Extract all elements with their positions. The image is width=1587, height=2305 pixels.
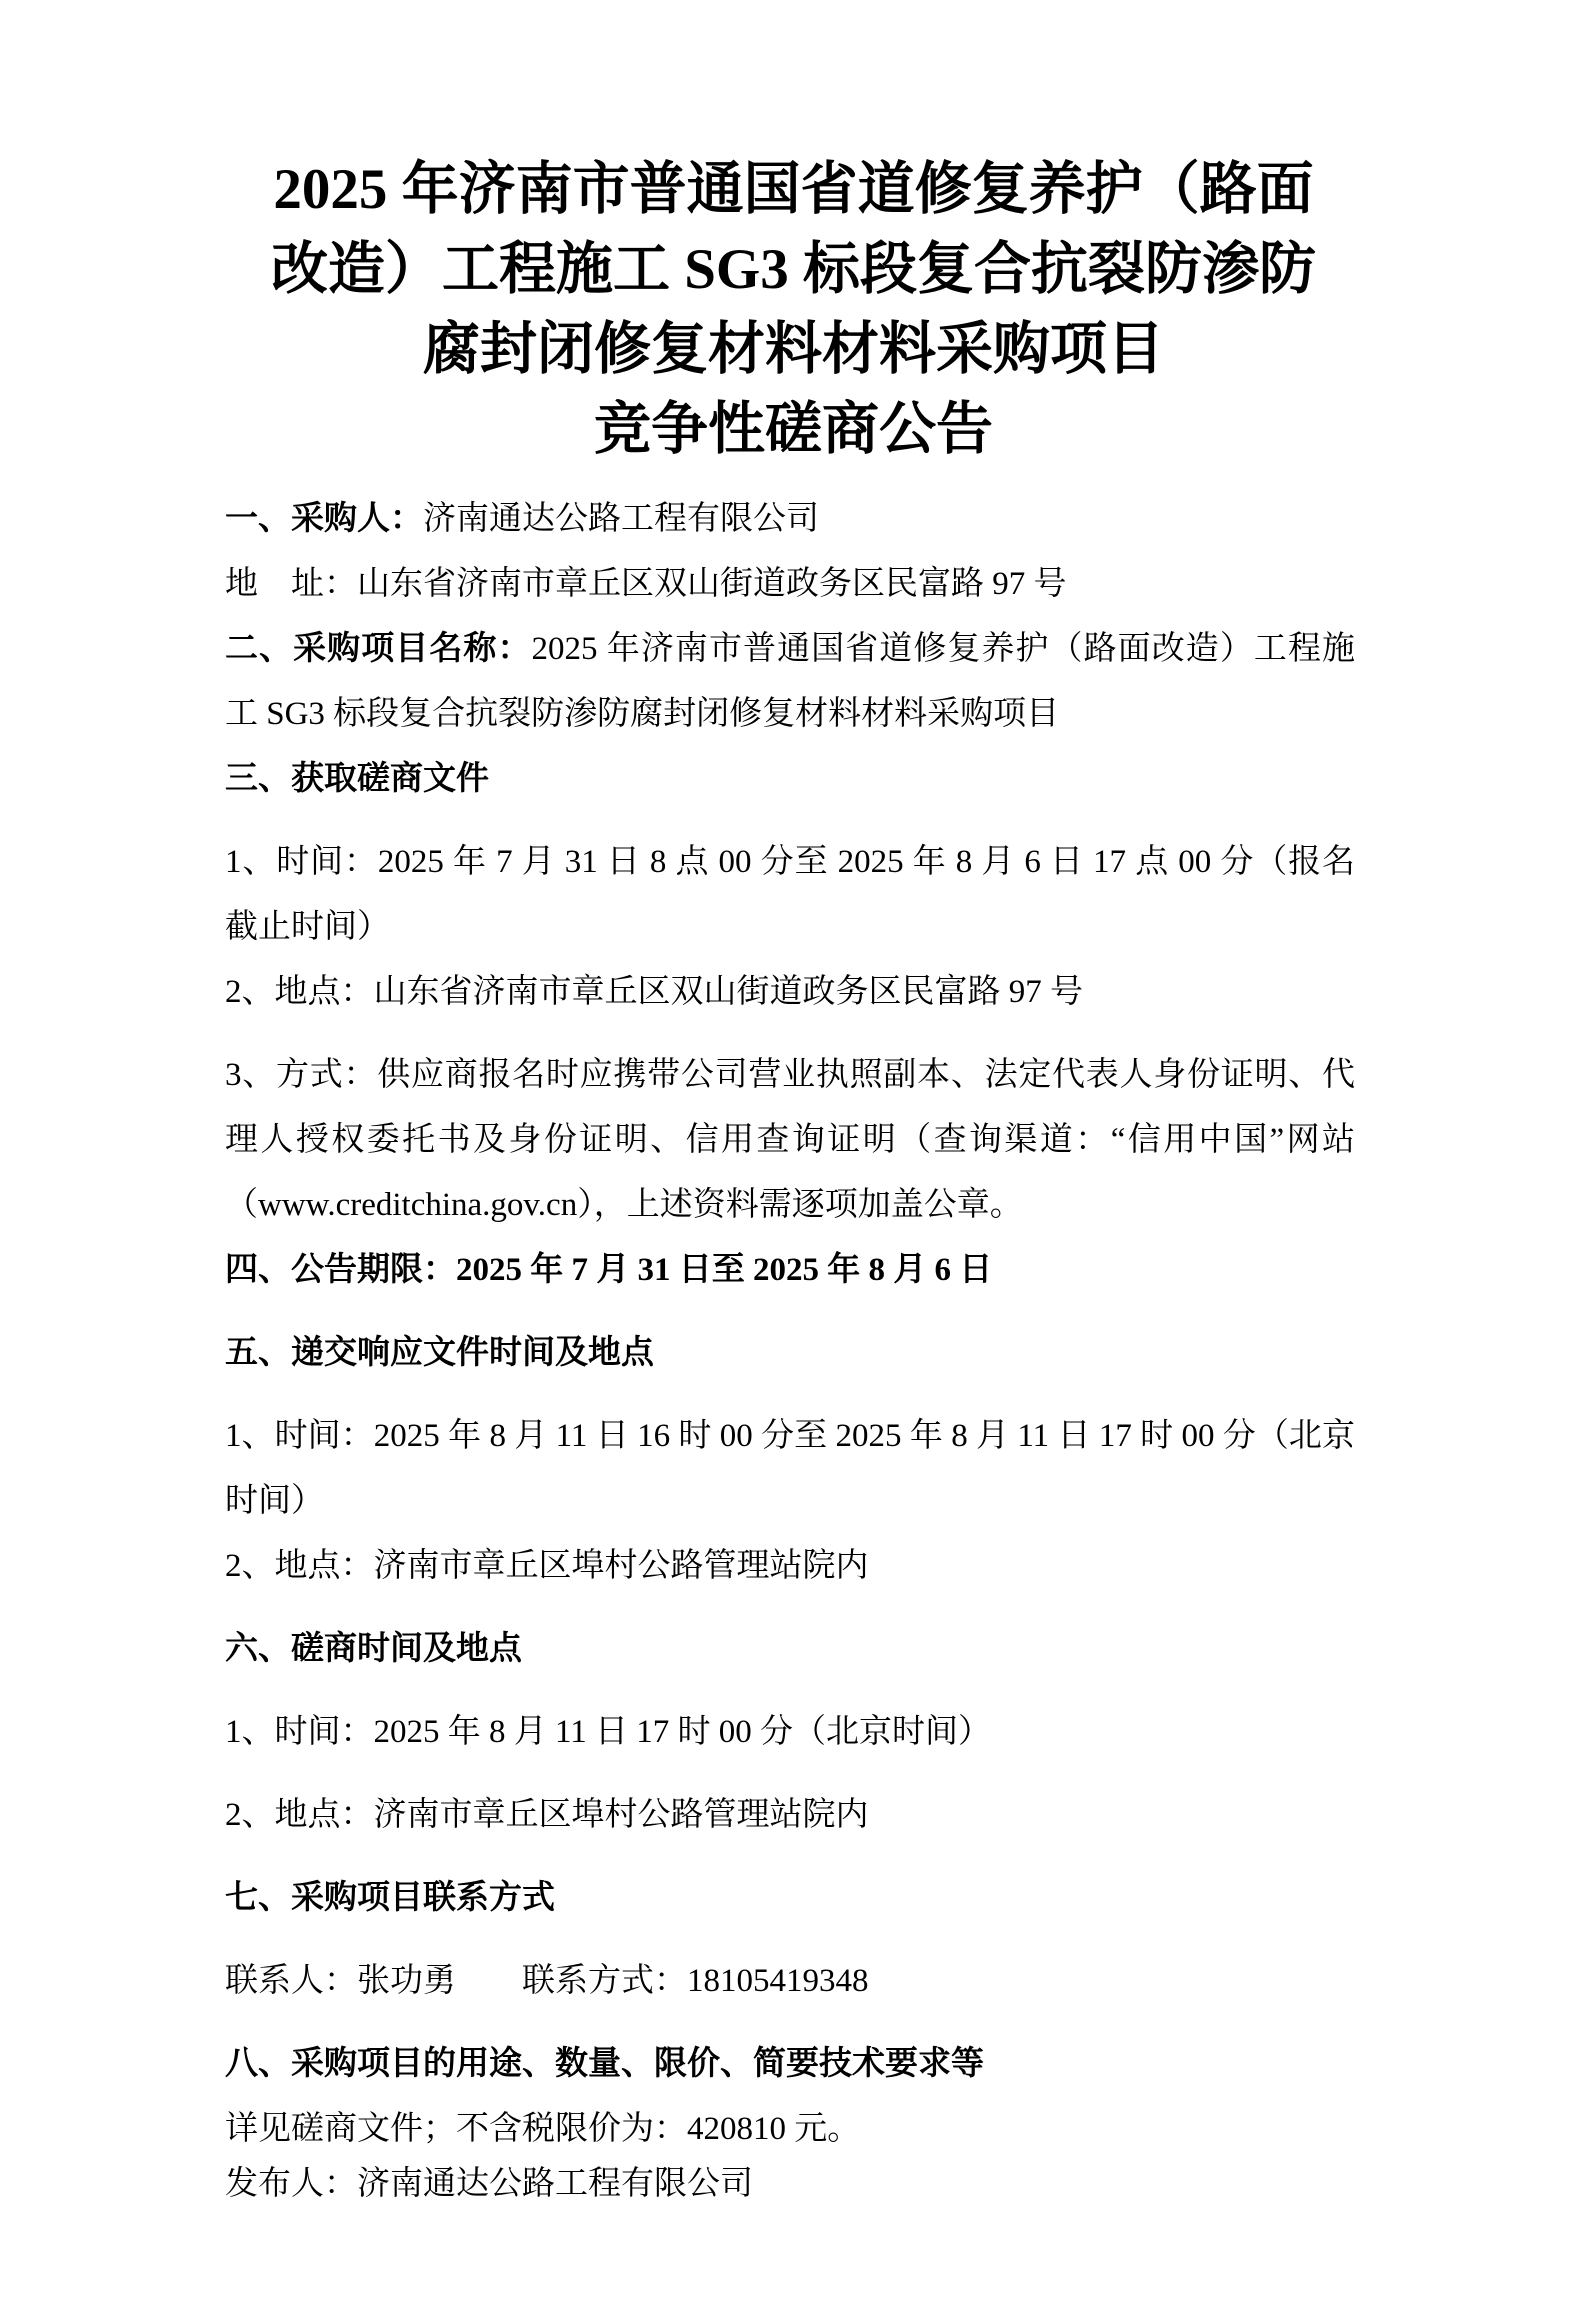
heading-requirements: 八、采购项目的用途、数量、限价、简要技术要求等 [225,2032,1355,2097]
para-purchaser-label: 一、采购人： [225,501,423,537]
heading-obtain-documents-text: 三、获取磋商文件 [225,761,489,797]
heading-contact: 七、采购项目联系方式 [225,1866,1355,1931]
document-title: 2025 年济南市普通国省道修复养护（路面 改造）工程施工 SG3 标段复合抗裂… [200,0,1387,470]
para-submission-time-text: 1、时间：2025 年 8 月 11 日 16 时 00 分至 2025 年 8… [225,1418,1355,1519]
document-title-line-2: 改造）工程施工 SG3 标段复合抗裂防渗防 [200,230,1387,310]
heading-response-submission-text: 五、递交响应文件时间及地点 [225,1335,654,1371]
heading-negotiation-time-location-text: 六、磋商时间及地点 [225,1631,522,1667]
para-negotiation-location: 2、地点：济南市章丘区埠村公路管理站院内 [225,1783,1355,1848]
para-obtain-time: 1、时间：2025 年 7 月 31 日 8 点 00 分至 2025 年 8 … [225,830,1355,960]
para-purchaser: 一、采购人：济南通达公路工程有限公司 [225,487,1355,552]
para-obtain-location-text: 2、地点：山东省济南市章丘区双山街道政务区民富路 97 号 [225,974,1083,1010]
para-negotiation-time-text: 1、时间：2025 年 8 月 11 日 17 时 00 分（北京时间） [225,1714,991,1750]
para-obtain-method-text: 3、方式：供应商报名时应携带公司营业执照副本、法定代表人身份证明、代理人授权委托… [225,1057,1355,1223]
document-page: 2025 年济南市普通国省道修复养护（路面 改造）工程施工 SG3 标段复合抗裂… [0,0,1587,2305]
para-obtain-time-text: 1、时间：2025 年 7 月 31 日 8 点 00 分至 2025 年 8 … [225,844,1355,945]
heading-obtain-documents: 三、获取磋商文件 [225,747,1355,812]
para-submission-location-text: 2、地点：济南市章丘区埠村公路管理站院内 [225,1548,869,1584]
heading-contact-text: 七、采购项目联系方式 [225,1880,555,1916]
para-submission-time: 1、时间：2025 年 8 月 11 日 16 时 00 分至 2025 年 8… [225,1404,1355,1534]
document-body: 一、采购人：济南通达公路工程有限公司 地 址：山东省济南市章丘区双山街道政务区民… [225,487,1355,2206]
para-contact-text: 联系人：张功勇 联系方式：18105419348 [225,1963,869,1999]
document-title-line-4: 竞争性磋商公告 [200,390,1387,470]
para-address-text: 地 址：山东省济南市章丘区双山街道政务区民富路 97 号 [225,566,1067,602]
document-title-line-3: 腐封闭修复材料材料采购项目 [200,310,1387,390]
para-negotiation-time: 1、时间：2025 年 8 月 11 日 17 时 00 分（北京时间） [225,1700,1355,1765]
heading-announcement-period: 四、公告期限：2025 年 7 月 31 日至 2025 年 8 月 6 日 [225,1238,1355,1303]
heading-requirements-text: 八、采购项目的用途、数量、限价、简要技术要求等 [225,2046,984,2082]
para-project-name-label: 二、采购项目名称： [225,631,532,667]
para-price-limit-text: 详见磋商文件；不含税限价为：420810 元。 [225,2111,860,2147]
para-price-limit: 详见磋商文件；不含税限价为：420810 元。 [225,2097,1355,2162]
heading-response-submission: 五、递交响应文件时间及地点 [225,1321,1355,1386]
heading-announcement-period-text: 四、公告期限：2025 年 7 月 31 日至 2025 年 8 月 6 日 [225,1252,992,1288]
document-title-line-1: 2025 年济南市普通国省道修复养护（路面 [200,150,1387,230]
para-publisher: 发布人：济南通达公路工程有限公司 [225,2162,1355,2206]
para-contact: 联系人：张功勇 联系方式：18105419348 [225,1949,1355,2014]
para-purchaser-text: 济南通达公路工程有限公司 [423,501,819,537]
para-publisher-text: 发布人：济南通达公路工程有限公司 [225,2166,753,2202]
para-obtain-method: 3、方式：供应商报名时应携带公司营业执照副本、法定代表人身份证明、代理人授权委托… [225,1043,1355,1238]
heading-negotiation-time-location: 六、磋商时间及地点 [225,1617,1355,1682]
para-submission-location: 2、地点：济南市章丘区埠村公路管理站院内 [225,1534,1355,1599]
para-project-name: 二、采购项目名称：2025 年济南市普通国省道修复养护（路面改造）工程施工 SG… [225,617,1355,747]
para-negotiation-location-text: 2、地点：济南市章丘区埠村公路管理站院内 [225,1797,869,1833]
para-address: 地 址：山东省济南市章丘区双山街道政务区民富路 97 号 [225,552,1355,617]
para-obtain-location: 2、地点：山东省济南市章丘区双山街道政务区民富路 97 号 [225,960,1355,1025]
